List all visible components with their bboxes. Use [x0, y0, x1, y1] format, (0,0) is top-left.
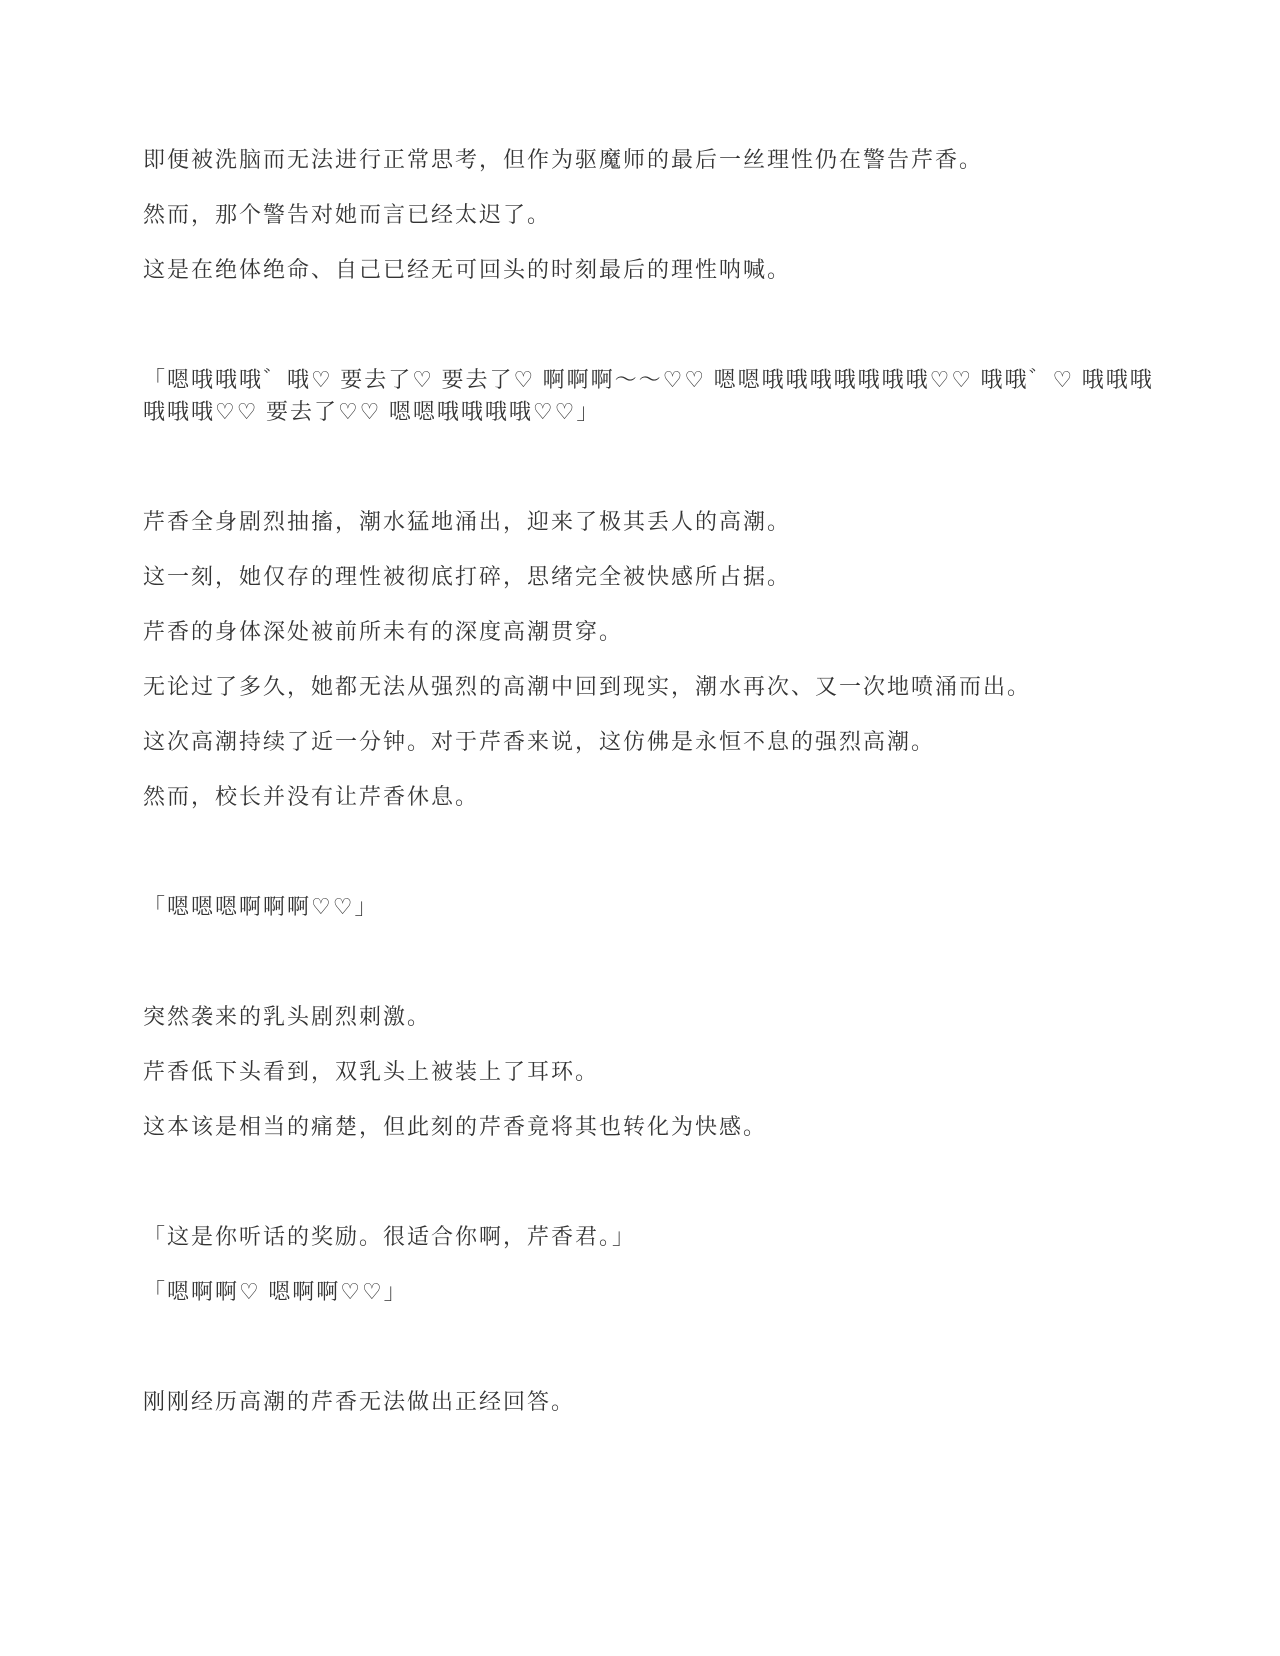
- document-content: 即便被洗脑而无法进行正常思考，但作为驱魔师的最后一丝理性仍在警告芹香。然而，那个…: [143, 144, 1155, 1418]
- narration-paragraph: 这次高潮持续了近一分钟。对于芹香来说，这仿佛是永恒不息的强烈高潮。: [143, 726, 1155, 758]
- narration-paragraph: 无论过了多久，她都无法从强烈的高潮中回到现实，潮水再次、又一次地喷涌而出。: [143, 671, 1155, 703]
- narration-paragraph: 这一刻，她仅存的理性被彻底打碎，思绪完全被快感所占据。: [143, 561, 1155, 593]
- dialogue-paragraph: 「嗯哦哦哦゛哦♡ 要去了♡ 要去了♡ 啊啊啊～～♡♡ 嗯嗯哦哦哦哦哦哦哦♡♡ 哦…: [143, 364, 1155, 428]
- blank-line: [143, 309, 1155, 364]
- document-page: 即便被洗脑而无法进行正常思考，但作为驱魔师的最后一丝理性仍在警告芹香。然而，那个…: [0, 0, 1280, 1656]
- narration-paragraph: 这本该是相当的痛楚，但此刻的芹香竟将其也转化为快感。: [143, 1111, 1155, 1143]
- narration-paragraph: 这是在绝体绝命、自己已经无可回头的时刻最后的理性呐喊。: [143, 254, 1155, 286]
- blank-line: [143, 946, 1155, 1001]
- blank-line: [143, 1331, 1155, 1386]
- narration-paragraph: 突然袭来的乳头剧烈刺激。: [143, 1001, 1155, 1033]
- narration-paragraph: 即便被洗脑而无法进行正常思考，但作为驱魔师的最后一丝理性仍在警告芹香。: [143, 144, 1155, 176]
- narration-paragraph: 芹香全身剧烈抽搐，潮水猛地涌出，迎来了极其丢人的高潮。: [143, 506, 1155, 538]
- blank-line: [143, 1166, 1155, 1221]
- narration-paragraph: 芹香的身体深处被前所未有的深度高潮贯穿。: [143, 616, 1155, 648]
- blank-line: [143, 836, 1155, 891]
- narration-paragraph: 芹香低下头看到，双乳头上被装上了耳环。: [143, 1056, 1155, 1088]
- dialogue-paragraph: 「嗯啊啊♡ 嗯啊啊♡♡」: [143, 1276, 1155, 1308]
- narration-paragraph: 然而，那个警告对她而言已经太迟了。: [143, 199, 1155, 231]
- blank-line: [143, 451, 1155, 506]
- dialogue-paragraph: 「嗯嗯嗯啊啊啊♡♡」: [143, 891, 1155, 923]
- narration-paragraph: 刚刚经历高潮的芹香无法做出正经回答。: [143, 1386, 1155, 1418]
- narration-paragraph: 然而，校长并没有让芹香休息。: [143, 781, 1155, 813]
- dialogue-paragraph: 「这是你听话的奖励。很适合你啊，芹香君。」: [143, 1221, 1155, 1253]
